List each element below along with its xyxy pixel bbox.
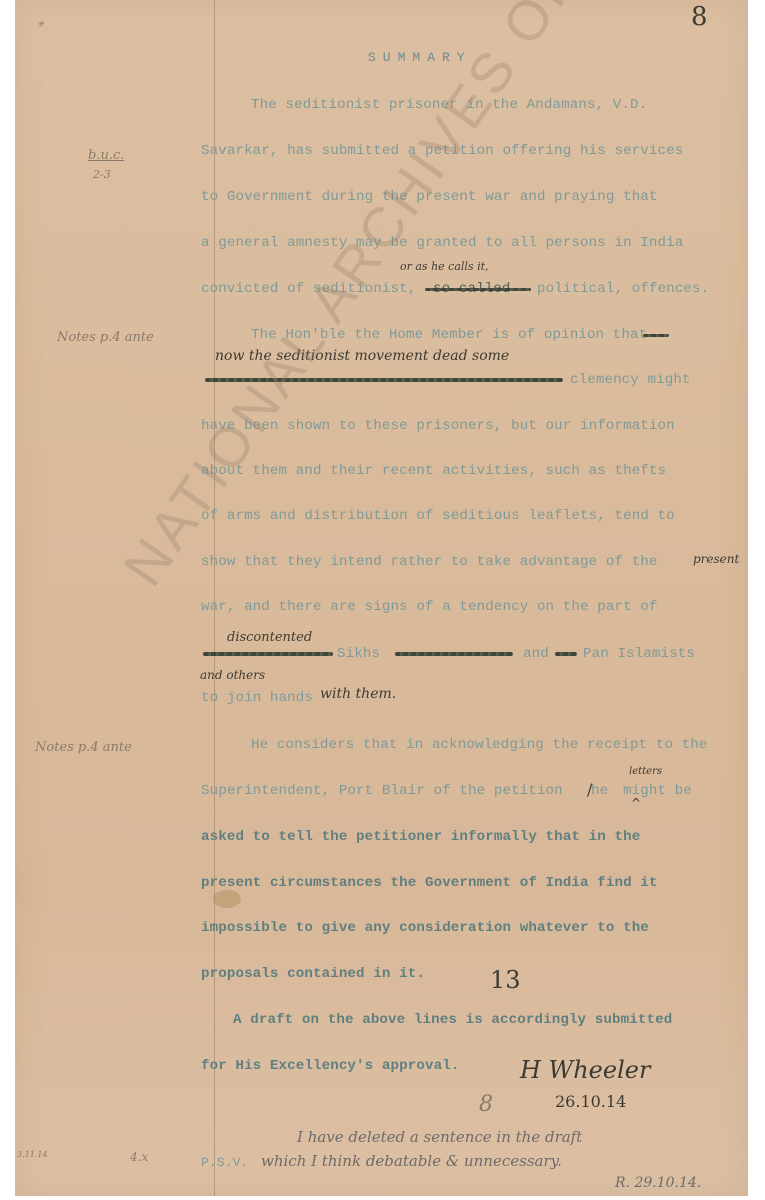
insertion-or-as-he-calls-it: or as he calls it, (400, 260, 489, 273)
note-line-2: which I think debatable & unnecessary. (261, 1152, 562, 1170)
margin-note-bottom-left: 3.11.14 (17, 1150, 48, 1159)
corner-mark: ✳ (37, 20, 45, 30)
line-16b: might be (623, 783, 692, 799)
line-11: show that they intend rather to take adv… (201, 554, 658, 570)
note-signoff: R. 29.10.14. (615, 1175, 701, 1191)
insertion-and-others: and others (200, 668, 265, 682)
insertion-letters: letters (629, 766, 662, 777)
line-14: to join hands (201, 690, 313, 706)
margin-note-notes-2: Notes p.4 ante (35, 740, 132, 755)
margin-note-bottom-mid: 4.x (130, 1150, 148, 1164)
and-text: and (523, 646, 549, 662)
margin-note-buc: b.u.c. (88, 148, 124, 163)
insertion-with-them: with them. (320, 686, 396, 702)
line-3: to Government during the present war and… (201, 189, 658, 205)
line-2: Savarkar, has submitted a petition offer… (201, 143, 683, 159)
line-7: clemency might (570, 372, 691, 388)
insertion-seditionist-movement: now the seditionist movement dead some (215, 348, 509, 364)
margin-note-notes-1: Notes p.4 ante (57, 330, 154, 345)
insertion-discontented: discontented (227, 630, 312, 645)
line-21: A draft on the above lines is accordingl… (233, 1012, 672, 1028)
line-17: asked to tell the petitioner informally … (201, 829, 640, 845)
strike-slash: / (587, 780, 592, 799)
line-5b: political, offences. (537, 281, 709, 297)
signature-date: 26.10.14 (555, 1092, 626, 1111)
line-16: Superintendent, Port Blair of the petiti… (201, 783, 563, 799)
line-12: war, and there are signs of a tendency o… (201, 599, 658, 615)
struck-he: he (591, 783, 608, 799)
margin-note-buc-sub: 2-3 (93, 168, 111, 181)
strikethrough (555, 652, 577, 656)
psv-label: P.S.V. (201, 1155, 248, 1170)
document-page: 8 ✳ SUMMARY b.u.c. 2-3 The seditionist p… (15, 0, 748, 1196)
line-20: proposals contained in it. (201, 966, 425, 982)
signature: H Wheeler (520, 1056, 650, 1084)
line-18: present circumstances the Government of … (201, 875, 658, 891)
strikethrough (643, 334, 669, 337)
strikethrough (425, 288, 531, 291)
strikethrough (395, 652, 513, 656)
paper-stain (213, 890, 241, 908)
line-6: The Hon'ble the Home Member is of opinio… (251, 327, 647, 343)
page-title: SUMMARY (368, 50, 472, 65)
strikethrough-line (205, 378, 563, 382)
note-line-1: I have deleted a sentence in the draft (297, 1128, 582, 1146)
margin-rule (214, 0, 215, 1196)
line-1: The seditionist prisoner in the Andamans… (251, 97, 647, 113)
pan-islamists-text: Pan Islamists (583, 646, 695, 662)
handwritten-page-number: 13 (490, 966, 521, 994)
strikethrough (203, 652, 333, 656)
line-19: impossible to give any consideration wha… (201, 920, 649, 936)
line-8: have been shown to these prisoners, but … (201, 418, 675, 434)
sikhs-text: Sikhs (337, 646, 380, 662)
line-22: for His Excellency's approval. (201, 1058, 459, 1074)
folio-number: 8 (691, 2, 708, 32)
line-9: about them and their recent activities, … (201, 463, 666, 479)
insertion-present: present (693, 552, 739, 566)
line-15: He considers that in acknowledging the r… (251, 737, 708, 753)
line-10: of arms and distribution of seditious le… (201, 508, 675, 524)
line-4: a general amnesty may be granted to all … (201, 235, 683, 251)
line-5a: convicted of seditionist, (201, 281, 416, 297)
pencil-mark: 8 (479, 1092, 493, 1117)
